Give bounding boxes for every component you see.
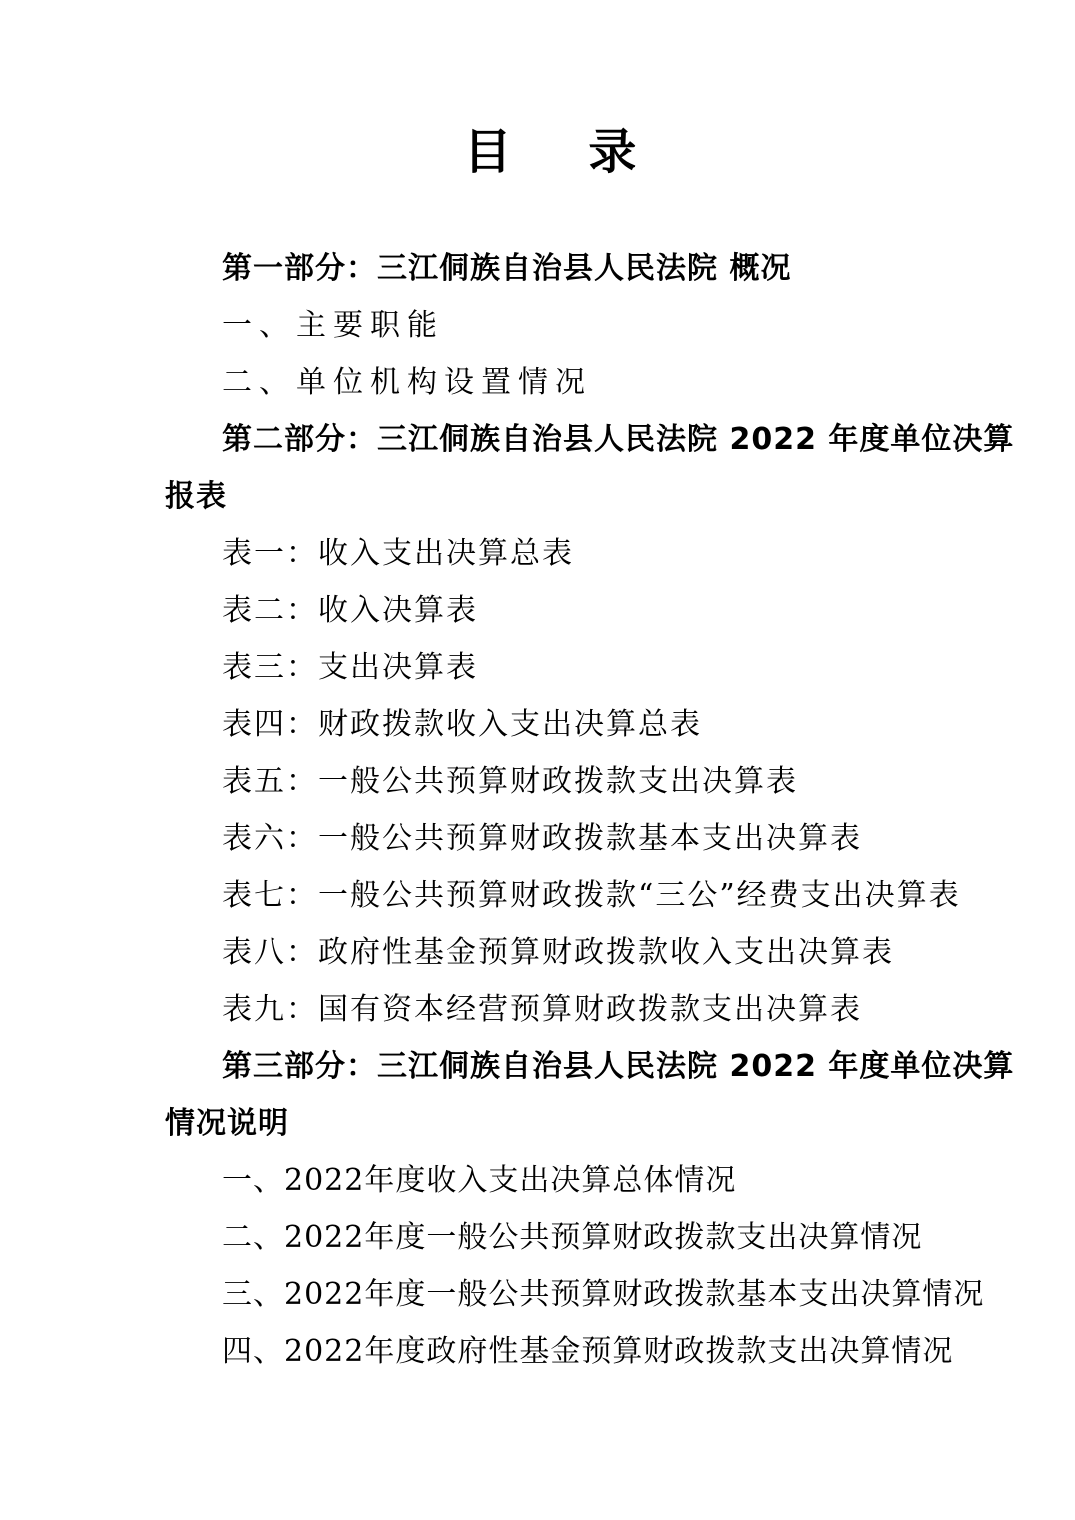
- document-page: 目录 第一部分：三江侗族自治县人民法院 概况 一、主要职能 二、单位机构设置情况…: [0, 0, 1075, 1520]
- toc-content: 目录 第一部分：三江侗族自治县人民法院 概况 一、主要职能 二、单位机构设置情况…: [0, 0, 1075, 1380]
- part1-heading: 第一部分：三江侗族自治县人民法院 概况: [165, 240, 935, 297]
- toc-table-entry-6: 表六：一般公共预算财政拨款基本支出决算表: [165, 810, 935, 867]
- part3-item-general-budget-expenditure: 二、2022年度一般公共预算财政拨款支出决算情况: [165, 1209, 935, 1266]
- toc-table-entry-3: 表三：支出决算表: [165, 639, 935, 696]
- part1-item-org-structure: 二、单位机构设置情况: [165, 354, 935, 411]
- part3-heading-line2: 情况说明: [165, 1095, 935, 1152]
- part3-item-gov-fund-expenditure: 四、2022年度政府性基金预算财政拨款支出决算情况: [165, 1323, 935, 1380]
- toc-table-entry-2: 表二：收入决算表: [165, 582, 935, 639]
- part3-item-overall-revenue-expenditure: 一、2022年度收入支出决算总体情况: [165, 1152, 935, 1209]
- part1-item-main-functions: 一、主要职能: [165, 297, 935, 354]
- part2-heading-line1: 第二部分：三江侗族自治县人民法院 2022 年度单位决算: [165, 411, 935, 468]
- part3-heading-line1: 第三部分：三江侗族自治县人民法院 2022 年度单位决算: [165, 1038, 935, 1095]
- toc-table-entry-4: 表四：财政拨款收入支出决算总表: [165, 696, 935, 753]
- toc-table-entry-5: 表五：一般公共预算财政拨款支出决算表: [165, 753, 935, 810]
- toc-table-entry-9: 表九：国有资本经营预算财政拨款支出决算表: [165, 981, 935, 1038]
- toc-table-entry-8: 表八：政府性基金预算财政拨款收入支出决算表: [165, 924, 935, 981]
- part2-heading-line2: 报表: [165, 468, 935, 525]
- toc-table-entry-1: 表一：收入支出决算总表: [165, 525, 935, 582]
- toc-table-entry-7: 表七：一般公共预算财政拨款“三公”经费支出决算表: [165, 867, 935, 924]
- part3-item-general-budget-basic-expenditure: 三、2022年度一般公共预算财政拨款基本支出决算情况: [165, 1266, 935, 1323]
- toc-title: 目录: [165, 0, 935, 180]
